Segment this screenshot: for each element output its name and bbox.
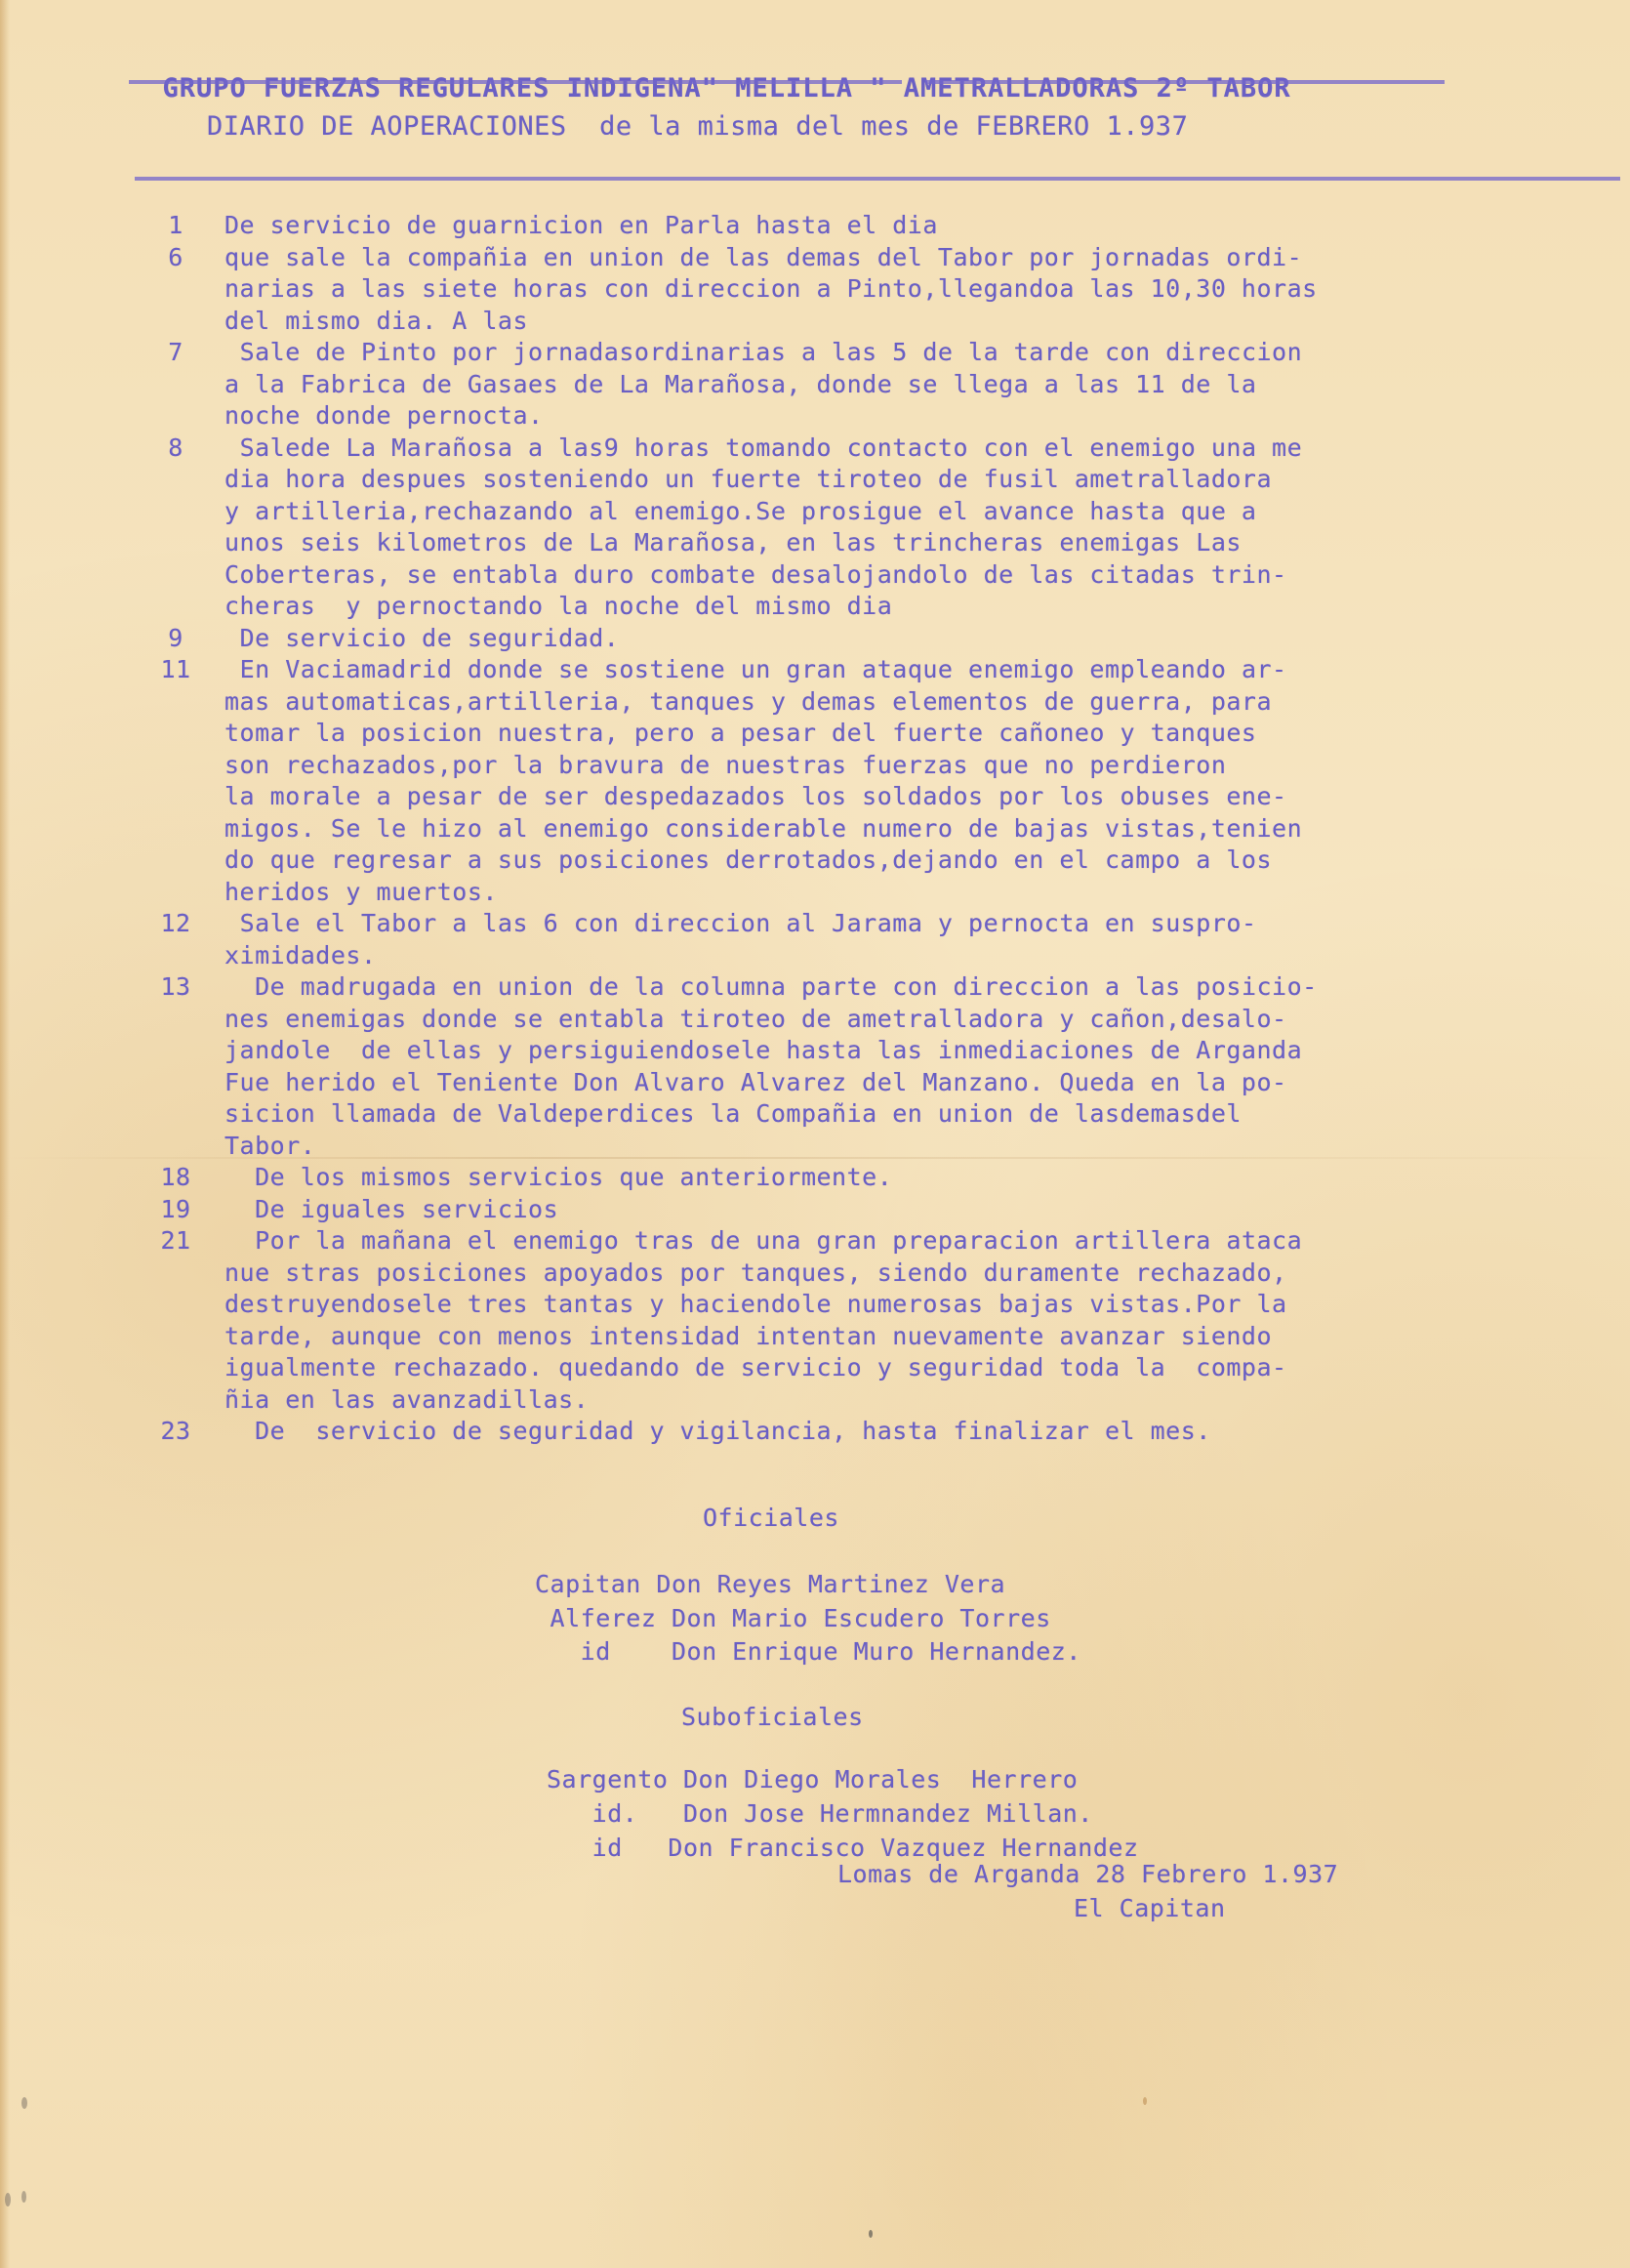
place-date: Lomas de Arganda 28 Febrero 1.937 [837,1860,1338,1888]
log-entry: 18 De los mismos servicios que anteriorm… [146,1162,1630,1194]
nco-entry: id Don Francisco Vazquez Hernandez [547,1834,1139,1862]
entry-text: De los mismos servicios que anteriorment… [205,1162,1630,1194]
log-entry: 9 De servicio de seguridad. [146,623,1630,655]
log-entry: 12 Sale el Tabor a las 6 con direccion a… [146,908,1630,971]
entry-text: Sale de Pinto por jornadasordinarias a l… [205,337,1630,433]
oficiales-heading: Oficiales [703,1504,839,1532]
paper-spot [5,2193,11,2206]
entry-text: Salede La Marañosa a las9 horas tomando … [205,433,1630,623]
paper-spot [869,2230,873,2238]
entry-text: En Vaciamadrid donde se sostiene un gran… [205,654,1630,908]
entry-day: 7 [146,337,205,369]
entry-text: De servicio de seguridad y vigilancia, h… [205,1416,1630,1448]
paper-spot [21,2191,26,2203]
log-entry: 11 En Vaciamadrid donde se sostiene un g… [146,654,1630,908]
entry-text: que sale la compañia en union de las dem… [205,242,1630,338]
entry-text: De iguales servicios [205,1194,1630,1226]
log-entry: 21 Por la mañana el enemigo tras de una … [146,1225,1630,1416]
log-entry: 6 que sale la compañia en union de las d… [146,242,1630,338]
log-entry: 23 De servicio de seguridad y vigilancia… [146,1416,1630,1448]
entry-day: 23 [146,1416,205,1448]
header-company: AMETRALLADORAS 2º TABOR [904,73,1291,103]
log-entry: 19 De iguales servicios [146,1194,1630,1226]
document-header: GRUPO FUERZAS REGULARES INDIGENA" MELILL… [129,43,1291,103]
document-subtitle: DIARIO DE AOPERACIONES de la misma del m… [207,111,1188,142]
entry-day: 9 [146,623,205,655]
header-unit: GRUPO FUERZAS REGULARES INDIGENA" MELILL… [163,73,887,103]
officer-entry: Alferez Don Mario Escudero Torres [535,1604,1051,1632]
paper-spot [1143,2097,1147,2105]
entry-day: 1 [146,210,205,242]
officer-entry: id Don Enrique Muro Hernandez. [535,1637,1081,1666]
entry-day: 19 [146,1194,205,1226]
suboficiales-heading: Suboficiales [681,1703,864,1731]
signer-title: El Capitan [1074,1894,1226,1922]
log-entry: 7 Sale de Pinto por jornadasordinarias a… [146,337,1630,433]
header-underline-right [925,80,1445,84]
entry-text: De madrugada en union de la columna part… [205,971,1630,1162]
entry-day: 12 [146,908,205,940]
entry-text: De servicio de seguridad. [205,623,1630,655]
entry-day: 18 [146,1162,205,1194]
log-entry: 1 De servicio de guarnicion en Parla has… [146,210,1630,242]
entry-day: 6 [146,242,205,274]
entry-day: 8 [146,433,205,465]
log-entry: 13 De madrugada en union de la columna p… [146,971,1630,1162]
nco-entry: Sargento Don Diego Morales Herrero [547,1765,1078,1794]
entry-text: Sale el Tabor a las 6 con direccion al J… [205,908,1630,971]
entry-day: 11 [146,654,205,686]
entry-text: De servicio de guarnicion en Parla hasta… [205,210,1630,242]
entry-text: Por la mañana el enemigo tras de una gra… [205,1225,1630,1416]
header-underline-left [129,80,902,84]
officer-entry: Capitan Don Reyes Martinez Vera [535,1570,1005,1598]
paper-spot [21,2097,27,2109]
entry-day: 13 [146,971,205,1004]
header-rule [135,177,1620,181]
operations-log: 1 De servicio de guarnicion en Parla has… [146,210,1630,1448]
nco-entry: id. Don Jose Hermnandez Millan. [547,1799,1093,1828]
log-entry: 8 Salede La Marañosa a las9 horas tomand… [146,433,1630,623]
entry-day: 21 [146,1225,205,1258]
paper-edge-shadow [0,0,10,2268]
